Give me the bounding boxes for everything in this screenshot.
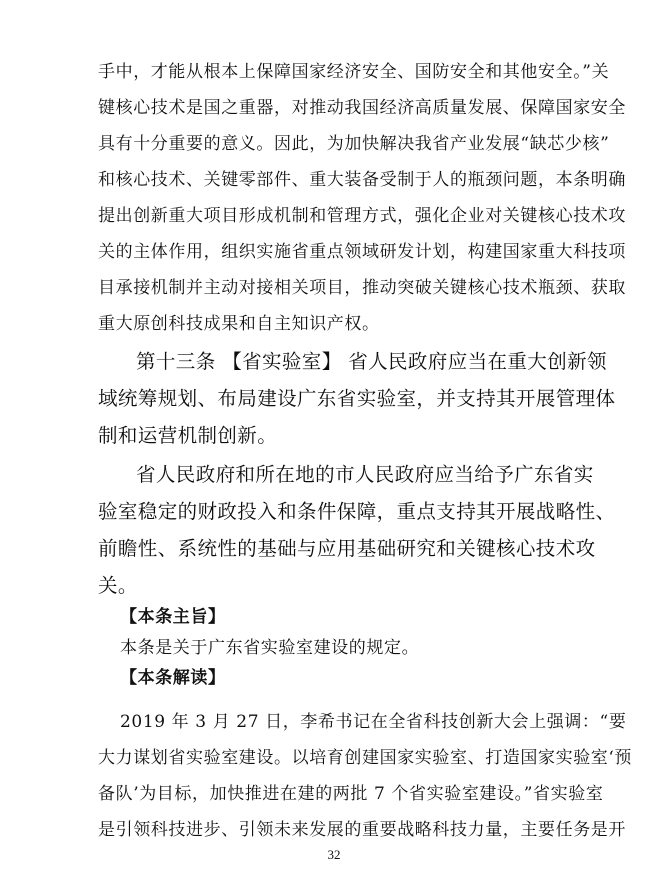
page-number: 32 (0, 847, 668, 863)
text-line: 大力谋划省实验室建设。以培育创建国家实验室、打造国家实验室‘预 (98, 748, 632, 768)
purpose-heading: 【本条主旨】 (120, 607, 226, 627)
text-line: 和核心技术、关键零部件、重大装备受制于人的瓶颈问题，本条明确 (98, 170, 626, 190)
text-line: 提出创新重大项目形成机制和管理方式，强化企业对关键核心技术攻 (98, 206, 626, 226)
article-line: 验室稳定的财政投入和条件保障，重点支持其开展战略性、 (98, 500, 615, 524)
text-line: 具有十分重要的意义。因此，为加快解决我省产业发展“缺芯少核” (98, 134, 609, 154)
text-line: 关的主体作用，组织实施省重点领域研发计划，构建国家重大科技项 (98, 242, 626, 262)
text-line: 2019 年 3 月 27 日，李希书记在全省科技创新大会上强调：“要 (120, 712, 626, 732)
text-line: 目承接机制并主动对接相关项目，推动突破关键核心技术瓶颈、获取 (98, 278, 626, 298)
article-line: 域统筹规划、布局建设广东省实验室，并支持其开展管理体 (98, 387, 615, 411)
article-line: 前瞻性、系统性的基础与应用基础研究和关键核心技术攻 (98, 537, 596, 561)
article-line: 省人民政府和所在地的市人民政府应当给予广东省实 (136, 463, 594, 487)
interpretation-heading: 【本条解读】 (120, 668, 226, 688)
text-line: 是引领科技进步、引领未来发展的重要战略科技力量，主要任务是开 (98, 820, 626, 840)
text-line: 键核心技术是国之重器，对推动我国经济高质量发展、保障国家安全 (98, 98, 626, 118)
text-line: 手中，才能从根本上保障国家经济安全、国防安全和其他安全。”关 (98, 62, 609, 82)
text-line: 备队’为目标，加快推进在建的两批 7 个省实验室建设。”省实验室 (98, 784, 603, 804)
text-line: 重大原创科技成果和自主知识产权。 (98, 314, 380, 334)
article-line: 关。 (98, 574, 138, 598)
article-line: 制和运营机制创新。 (98, 424, 277, 448)
purpose-text: 本条是关于广东省实验室建设的规定。 (120, 638, 419, 658)
article-line: 第十三条 【省实验室】 省人民政府应当在重大创新领 (136, 350, 607, 374)
